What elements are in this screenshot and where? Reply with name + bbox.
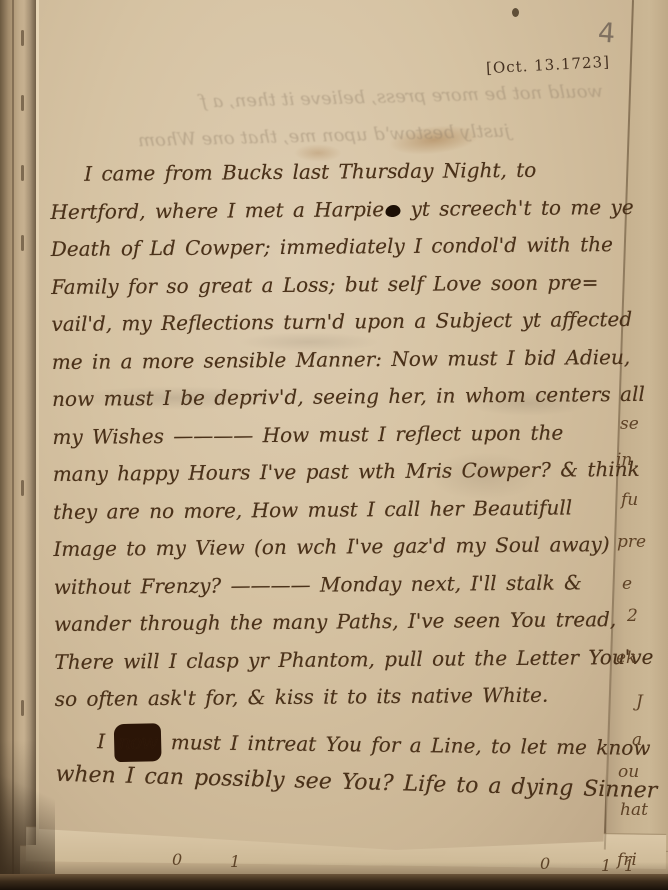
line-text: I [97, 729, 115, 753]
edge-text-fragment: 2 [627, 606, 638, 626]
line-text: Hertford, where I met a Harpie [50, 197, 384, 224]
edge-text-fragment: a [632, 730, 642, 750]
line-text: my Wishes ———— How must I reflect upon t… [52, 420, 563, 448]
bottom-band [0, 874, 668, 890]
line-text: wander through the many Paths, I've seen… [54, 607, 616, 636]
line-text: vail'd, my Reflections turn'd upon a Sub… [51, 307, 632, 336]
letter-lines: I came from Bucks last Thursday Night, t… [50, 151, 616, 803]
page-edge-shadow [24, 0, 36, 845]
page-edge-highlight [36, 0, 39, 838]
manuscript-line: so often ask't for, & kiss it to its nat… [55, 676, 615, 718]
manuscript-line: me in a more sensible Manner: Now must I… [52, 339, 612, 381]
line-text: now must I be depriv'd, seeing her, in w… [52, 382, 645, 411]
edge-text-fragment: J [636, 692, 643, 712]
edge-text-fragment: in [616, 450, 632, 470]
edge-text-fragment: ou [618, 762, 639, 782]
line-text: must I intreat You for a Line, to let me… [161, 729, 650, 759]
manuscript-line: There will I clasp yr Phantom, pull out … [54, 639, 614, 681]
manuscript-line: they are no more, How must I call her Be… [53, 489, 613, 531]
edge-text-fragment: e [622, 574, 632, 594]
line-text: so often ask't for, & kiss it to its nat… [55, 683, 549, 711]
manuscript-line: now must I be depriv'd, seeing her, in w… [52, 376, 612, 418]
line-text: There will I clasp yr Phantom, pull out … [54, 644, 653, 673]
manuscript-line: I came from Bucks last Thursday Night, t… [84, 151, 610, 193]
ink-blot [385, 204, 400, 216]
manuscript-line: Hertford, where I met a Harpie yt screec… [50, 189, 610, 231]
folio-number: 4 [597, 17, 616, 49]
line-text: yt screech't to me ye [401, 194, 634, 220]
line-text: many happy Hours I've past wth Mris Cowp… [53, 457, 640, 486]
line-text: I came from Bucks last Thursday Night, t… [84, 158, 536, 186]
manuscript-line: Family for so great a Loss; but self Lov… [51, 264, 611, 306]
edge-text-fragment: se [620, 414, 639, 434]
line-text: Image to my View (on wch I've gaz'd my S… [53, 532, 609, 561]
edge-text-fragment: hat [620, 800, 648, 820]
manuscript-line: many happy Hours I've past wth Mris Cowp… [53, 451, 613, 493]
manuscript-photo: 4 [Oct. 13.1723] would not be more press… [0, 0, 668, 890]
line-text: me in a more sensible Manner: Now must I… [52, 344, 631, 373]
line-text: when I can possibly see You? Life to a d… [55, 762, 657, 804]
manuscript-line: my Wishes ———— How must I reflect upon t… [52, 414, 612, 456]
manuscript-line: without Frenzy? ———— Monday next, I'll s… [54, 564, 614, 606]
manuscript-line: Image to my View (on wch I've gaz'd my S… [53, 526, 613, 568]
edge-text-fragment: pre [617, 532, 646, 552]
line-text: Family for so great a Loss; but self Lov… [51, 270, 599, 299]
manuscript-line: wander through the many Paths, I've seen… [54, 601, 614, 643]
scribbled-word: now [114, 723, 162, 762]
line-text: without Frenzy? ———— Monday next, I'll s… [54, 570, 582, 599]
manuscript-line: Death of Ld Cowper; immediately I condol… [51, 226, 611, 268]
manuscript-line: vail'd, my Reflections turn'd upon a Sub… [51, 301, 611, 343]
edge-text-fragment: fu [621, 490, 638, 510]
edge-text-fragment: ek [616, 648, 636, 668]
line-text: Death of Ld Cowper; immediately I condol… [51, 232, 613, 261]
line-text: they are no more, How must I call her Be… [53, 495, 572, 524]
